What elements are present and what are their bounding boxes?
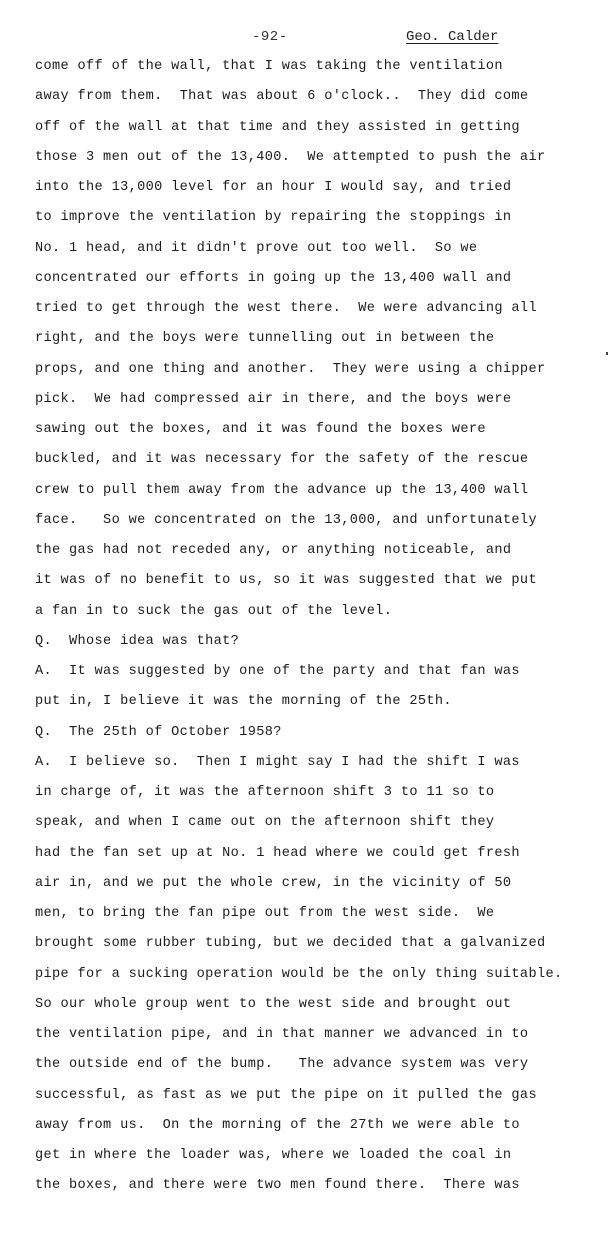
text-line: pipe for a sucking operation would be th…: [35, 964, 610, 994]
text-line: away from us. On the morning of the 27th…: [35, 1115, 610, 1145]
text-line: the ventilation pipe, and in that manner…: [35, 1024, 610, 1054]
document-page: -92- Geo. Calder come off of the wall, t…: [0, 0, 610, 1238]
text-line: a fan in to suck the gas out of the leve…: [35, 601, 610, 631]
scan-speck: [606, 352, 608, 355]
text-line: those 3 men out of the 13,400. We attemp…: [35, 147, 610, 177]
answer-line: A. It was suggested by one of the party …: [35, 661, 610, 691]
text-line: brought some rubber tubing, but we decid…: [35, 933, 610, 963]
text-line: buckled, and it was necessary for the sa…: [35, 449, 610, 479]
text-line: the gas had not receded any, or anything…: [35, 540, 610, 570]
text-line: in charge of, it was the afternoon shift…: [35, 782, 610, 812]
text-line: props, and one thing and another. They w…: [35, 359, 610, 389]
text-line: off of the wall at that time and they as…: [35, 117, 610, 147]
text-line: to improve the ventilation by repairing …: [35, 207, 610, 237]
text-line: away from them. That was about 6 o'clock…: [35, 86, 610, 116]
text-line: pick. We had compressed air in there, an…: [35, 389, 610, 419]
text-line: tried to get through the west there. We …: [35, 298, 610, 328]
text-line: men, to bring the fan pipe out from the …: [35, 903, 610, 933]
question-line: Q. The 25th of October 1958?: [35, 722, 610, 752]
transcript-body: come off of the wall, that I was taking …: [35, 56, 610, 1206]
text-line: had the fan set up at No. 1 head where w…: [35, 843, 610, 873]
question-line: Q. Whose idea was that?: [35, 631, 610, 661]
text-line: into the 13,000 level for an hour I woul…: [35, 177, 610, 207]
text-line: successful, as fast as we put the pipe o…: [35, 1085, 610, 1115]
text-line: get in where the loader was, where we lo…: [35, 1145, 610, 1175]
text-line: air in, and we put the whole crew, in th…: [35, 873, 610, 903]
answer-line: A. I believe so. Then I might say I had …: [35, 752, 610, 782]
text-line: it was of no benefit to us, so it was su…: [35, 570, 610, 600]
text-line: come off of the wall, that I was taking …: [35, 56, 610, 86]
text-line: put in, I believe it was the morning of …: [35, 691, 610, 721]
text-line: No. 1 head, and it didn't prove out too …: [35, 238, 610, 268]
text-line: speak, and when I came out on the aftern…: [35, 812, 610, 842]
text-line: face. So we concentrated on the 13,000, …: [35, 510, 610, 540]
witness-name-header: Geo. Calder: [406, 29, 498, 45]
text-line: crew to pull them away from the advance …: [35, 480, 610, 510]
text-line: right, and the boys were tunnelling out …: [35, 328, 610, 358]
text-line: So our whole group went to the west side…: [35, 994, 610, 1024]
page-number: -92-: [252, 29, 288, 45]
text-line: the outside end of the bump. The advance…: [35, 1054, 610, 1084]
text-line: the boxes, and there were two men found …: [35, 1175, 610, 1205]
text-line: concentrated our efforts in going up the…: [35, 268, 610, 298]
text-line: sawing out the boxes, and it was found t…: [35, 419, 610, 449]
